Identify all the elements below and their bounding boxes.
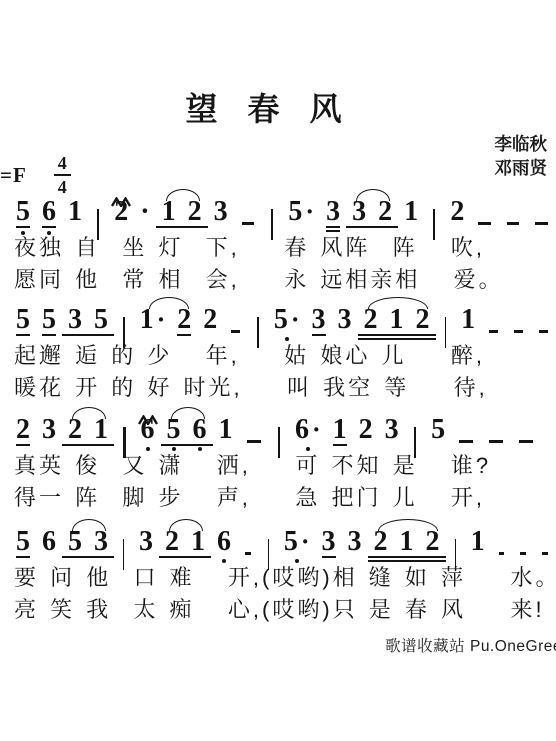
augmentation-dot: · [305, 197, 314, 226]
note-3: 3 [385, 418, 399, 442]
barline [278, 427, 281, 458]
note-2: 2 [374, 530, 388, 554]
slur-arc [166, 189, 200, 201]
low-octave-dot [21, 231, 25, 235]
note-2: 2 [114, 200, 128, 224]
note-1: 1 [68, 200, 82, 224]
mordent-icon [138, 405, 158, 415]
duration-dash [519, 440, 533, 443]
note-3: 3 [94, 530, 108, 554]
note-6: 6 [193, 418, 207, 442]
augmentation-dot: · [157, 305, 166, 334]
note-5: 5 [94, 308, 108, 332]
duration-dash [247, 440, 261, 443]
credits: 李临秋 邓雨贤 [495, 132, 548, 180]
note-3: 3 [42, 418, 56, 442]
lyric-row-4a: 要 问 他 口 难 开,(哎哟)相 缝 如 萍 水。 [14, 564, 556, 592]
barline [123, 427, 126, 458]
barline [123, 539, 124, 570]
low-octave-dot [295, 559, 299, 563]
augmentation-dot: · [140, 200, 149, 224]
note-3: 3 [139, 530, 153, 554]
note-3: 3 [214, 200, 228, 224]
note-3: 3 [348, 530, 362, 554]
note-2: 2 [359, 418, 373, 442]
beam-group: 21 [62, 418, 114, 446]
barline [257, 317, 259, 348]
barline [97, 209, 99, 240]
note-1: 1 [471, 530, 485, 554]
note-2: 2 [364, 308, 378, 332]
note-3: 3 [322, 530, 336, 558]
note-6: 6 [217, 530, 231, 554]
lyric-row-1a: 夜独 自 坐 灯 下, 春 风阵 阵 吹, [14, 234, 556, 262]
notation-row-2: 55351·225·332121 [10, 296, 556, 336]
barline [433, 209, 435, 240]
note-1: 1· [140, 308, 166, 332]
slur-arc [171, 407, 205, 419]
duration-dash [242, 222, 255, 225]
slur-arc [169, 519, 203, 531]
beam-group: 212 [368, 530, 446, 558]
low-octave-dot [222, 559, 226, 563]
duration-dash [489, 330, 498, 333]
duration-dash [245, 552, 251, 555]
note-1: 1 [404, 200, 418, 224]
notation-row-4: 565332165·332121 [10, 518, 556, 558]
beam-group: 212 [358, 308, 436, 336]
duration-dash [507, 222, 520, 225]
slur-arc [356, 189, 390, 201]
note-1: 1 [162, 200, 176, 224]
low-octave-dot [306, 447, 310, 451]
note-6: 6 [141, 418, 155, 442]
barline [414, 427, 417, 458]
lyric-row-2b: 暖花 开 的 好 时光, 叫 我空 等 待, [14, 374, 556, 402]
watermark: 歌谱收藏站 Pu.OneGree [385, 634, 556, 656]
key-signature: =F [0, 163, 27, 188]
duration-dash [499, 552, 505, 555]
lyric-row-3a: 真英 俊 又 潇 洒, 可 不知 是 谁? [14, 452, 556, 480]
note-2: 2 [378, 200, 392, 224]
lyric-row-2a: 起邂 逅 的 少 年, 姑 娘心 儿 醉, [14, 342, 556, 370]
beam-group: 35 [62, 308, 114, 336]
duration-dash [459, 440, 473, 443]
low-octave-dot [146, 447, 150, 451]
note-3: 3 [338, 308, 352, 332]
barline [268, 539, 269, 570]
duration-dash [535, 222, 548, 225]
notation-row-3: 232165616·1235 [10, 406, 556, 446]
duration-dash [542, 552, 548, 555]
note-5: 5 [167, 418, 181, 442]
note-2: 2 [16, 418, 30, 446]
note-5: 5 [16, 200, 30, 228]
note-5: 5 [42, 308, 56, 336]
note-1: 1 [400, 530, 414, 554]
note-2: 2 [450, 200, 464, 224]
note-3: 3 [68, 308, 82, 332]
note-5: 5 [431, 418, 445, 442]
duration-dash [539, 330, 548, 333]
system-1: 5612·1235·33212 夜独 自 坐 灯 下, 春 风阵 阵 吹, 愿同… [10, 188, 556, 298]
lyric-row-4b: 亮 笑 我 太 痴 心,(哎哟)只 是 春 风 来! [14, 596, 556, 624]
note-1: 1 [333, 418, 347, 446]
page-title: 望 春 风 [0, 84, 530, 130]
note-5: 5· [288, 200, 314, 224]
beam-group: 21 [159, 530, 211, 558]
mordent-icon [111, 187, 131, 197]
barline [445, 317, 447, 348]
beam-group: 53 [62, 530, 114, 558]
augmentation-dot: · [301, 527, 310, 556]
note-2: 2 [165, 530, 179, 554]
note-1: 1 [191, 530, 205, 554]
note-1: 1 [219, 418, 233, 442]
note-5: 5 [68, 530, 82, 554]
low-octave-dot [198, 447, 202, 451]
low-octave-dot [47, 231, 51, 235]
slur-arc [72, 407, 106, 419]
lyric-row-1b: 愿同 他 常 相 会, 永 远相亲相 爱。 [14, 266, 556, 294]
note-3: 3 [352, 200, 366, 224]
note-2: 2 [68, 418, 82, 442]
lyricist-credit: 李临秋 [495, 132, 548, 156]
slur-arc [368, 297, 428, 309]
duration-dash [520, 552, 526, 555]
beam-group: 12 [156, 200, 208, 228]
note-3: 3 [312, 308, 326, 336]
barline [271, 209, 273, 240]
time-signature-numerator: 4 [54, 154, 71, 176]
note-2: 2 [203, 308, 217, 332]
note-3: 3 [326, 200, 340, 228]
note-6: 6· [295, 418, 321, 442]
slur-arc [378, 519, 438, 531]
note-2: 2 [188, 200, 202, 224]
slur-arc [149, 297, 189, 309]
duration-dash [489, 440, 503, 443]
note-6: 6 [42, 530, 56, 554]
system-2: 55351·225·332121 起邂 逅 的 少 年, 姑 娘心 儿 醉, 暖… [10, 296, 556, 406]
note-1: 1 [390, 308, 404, 332]
duration-dash [514, 330, 523, 333]
note-1: 1 [94, 418, 108, 442]
note-2: 2 [416, 308, 430, 332]
system-3: 232165616·1235 真英 俊 又 潇 洒, 可 不知 是 谁? 得一 … [10, 406, 556, 516]
duration-dash [231, 330, 240, 333]
note-5: 5 [16, 530, 30, 558]
note-5: 5· [274, 308, 300, 332]
note-5: 5 [16, 308, 30, 336]
low-octave-dot [172, 447, 176, 451]
barline [123, 317, 125, 348]
note-2: 2 [426, 530, 440, 554]
composer-credit: 邓雨贤 [495, 156, 548, 180]
note-1: 1 [461, 308, 475, 332]
barline [455, 539, 456, 570]
sheet-music-page: 望 春 风 李临秋 邓雨贤 =F 4 4 5612·1235·33212 夜独 … [0, 0, 556, 741]
augmentation-dot: · [312, 415, 321, 444]
slur-arc [72, 519, 106, 531]
beam-group: 32 [346, 200, 398, 228]
note-5: 5· [284, 530, 310, 554]
note-2: 2 [177, 308, 191, 336]
lyric-row-3b: 得一 阵 脚 步 声, 急 把门 儿 开, [14, 484, 556, 512]
notation-row-1: 5612·1235·33212 [10, 188, 556, 228]
augmentation-dot: · [291, 305, 300, 334]
note-6: 6 [42, 200, 56, 228]
duration-dash [478, 222, 491, 225]
system-4: 565332165·332121 要 问 他 口 难 开,(哎哟)相 缝 如 萍… [10, 518, 556, 628]
beam-group: 56 [161, 418, 213, 446]
low-octave-dot [285, 337, 289, 341]
